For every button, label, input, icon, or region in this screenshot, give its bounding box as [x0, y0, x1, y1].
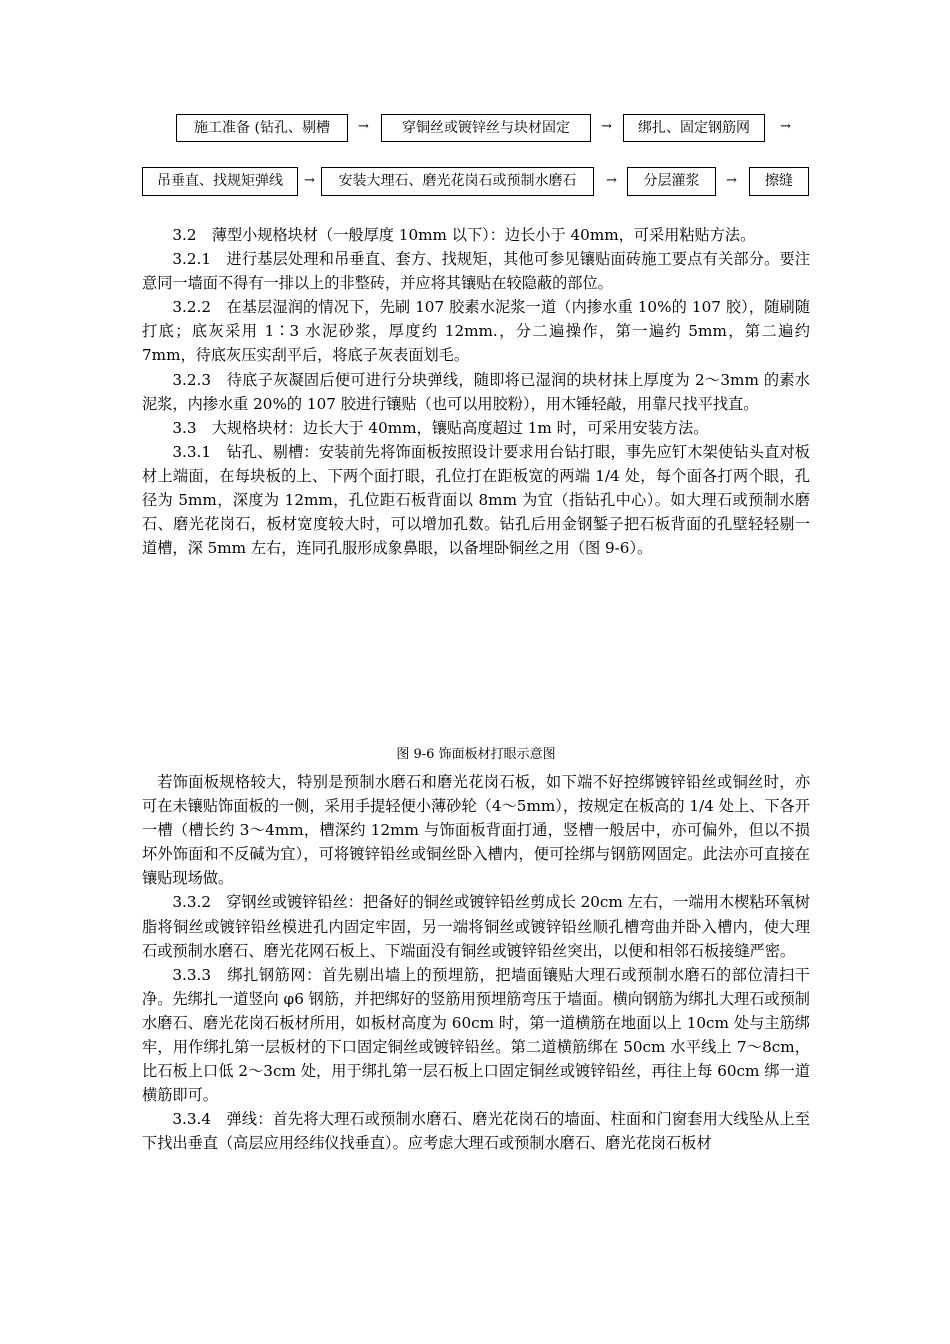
paragraph-3-3-2: 3.3.2 穿钢丝或镀锌铅丝：把备好的铜丝或镀锌铅丝剪成长 20cm 左右，一端…	[142, 890, 810, 962]
paragraph-3-2-2: 3.2.2 在基层湿润的情况下，先刷 107 胶素水泥浆一道（内掺水重 10%的…	[142, 295, 810, 367]
arrow-right-icon: →	[606, 168, 617, 194]
arrow-right-icon: →	[780, 114, 791, 140]
paragraph-3-3-4: 3.3.4 弹线：首先将大理石或预制水磨石、磨光花岗石的墙面、柱面和门窗套用大线…	[142, 1107, 810, 1155]
figure-caption: 图 9-6 饰面板材打眼示意图	[142, 745, 810, 765]
paragraph-3-2: 3.2 薄型小规格块材（一般厚度 10mm 以下）：边长小于 40mm，可采用粘…	[142, 223, 810, 247]
flow-step-install-stone: 安装大理石、磨光花岗石或预制水磨石	[321, 167, 594, 196]
arrow-right-icon: →	[358, 114, 369, 140]
section-3-2-to-3-3-1: 3.2 薄型小规格块材（一般厚度 10mm 以下）：边长小于 40mm，可采用粘…	[142, 223, 810, 560]
flow-step-plumb-line: 吊垂直、找规矩弹线	[142, 167, 298, 196]
arrow-right-icon: →	[304, 168, 315, 194]
paragraph-large-slab-note: 若饰面板规格较大，特别是预制水磨石和磨光花岗石板，如下端不好控绑镀锌铅丝或铜丝时…	[142, 770, 810, 890]
flow-step-grouting: 分层灌浆	[627, 167, 716, 196]
paragraph-3-3-1: 3.3.1 钻孔、剔槽：安装前先将饰面板按照设计要求用台钻打眼，事先应钉木架使钻…	[142, 440, 810, 560]
section-3-3-continued: 若饰面板规格较大，特别是预制水磨石和磨光花岗石板，如下端不好控绑镀锌铅丝或铜丝时…	[142, 770, 810, 1156]
paragraph-3-2-3: 3.2.3 待底子灰凝固后便可进行分块弹线，随即将已湿润的块材抹上厚度为 2～3…	[142, 368, 810, 416]
paragraph-3-3: 3.3 大规格块材：边长大于 40mm，镶贴高度超过 1m 时，可采用安装方法。	[142, 416, 810, 440]
arrow-right-icon: →	[726, 168, 737, 194]
arrow-right-icon: →	[601, 114, 612, 140]
flow-step-wire-fixing: 穿铜丝或镀锌丝与块材固定	[381, 114, 591, 142]
flow-step-preparation: 施工准备 (钻孔、剔槽	[176, 114, 348, 142]
paragraph-3-3-3: 3.3.3 绑扎钢筋网：首先剔出墙上的预埋筋，把墙面镶贴大理石或预制水磨石的部位…	[142, 963, 810, 1108]
flow-step-jointing: 擦缝	[749, 167, 809, 196]
paragraph-3-2-1: 3.2.1 进行基层处理和吊垂直、套方、找规矩，其他可参见镶贴面砖施工要点有关部…	[142, 247, 810, 295]
flow-step-rebar-mesh: 绑扎、固定钢筋网	[623, 114, 765, 142]
